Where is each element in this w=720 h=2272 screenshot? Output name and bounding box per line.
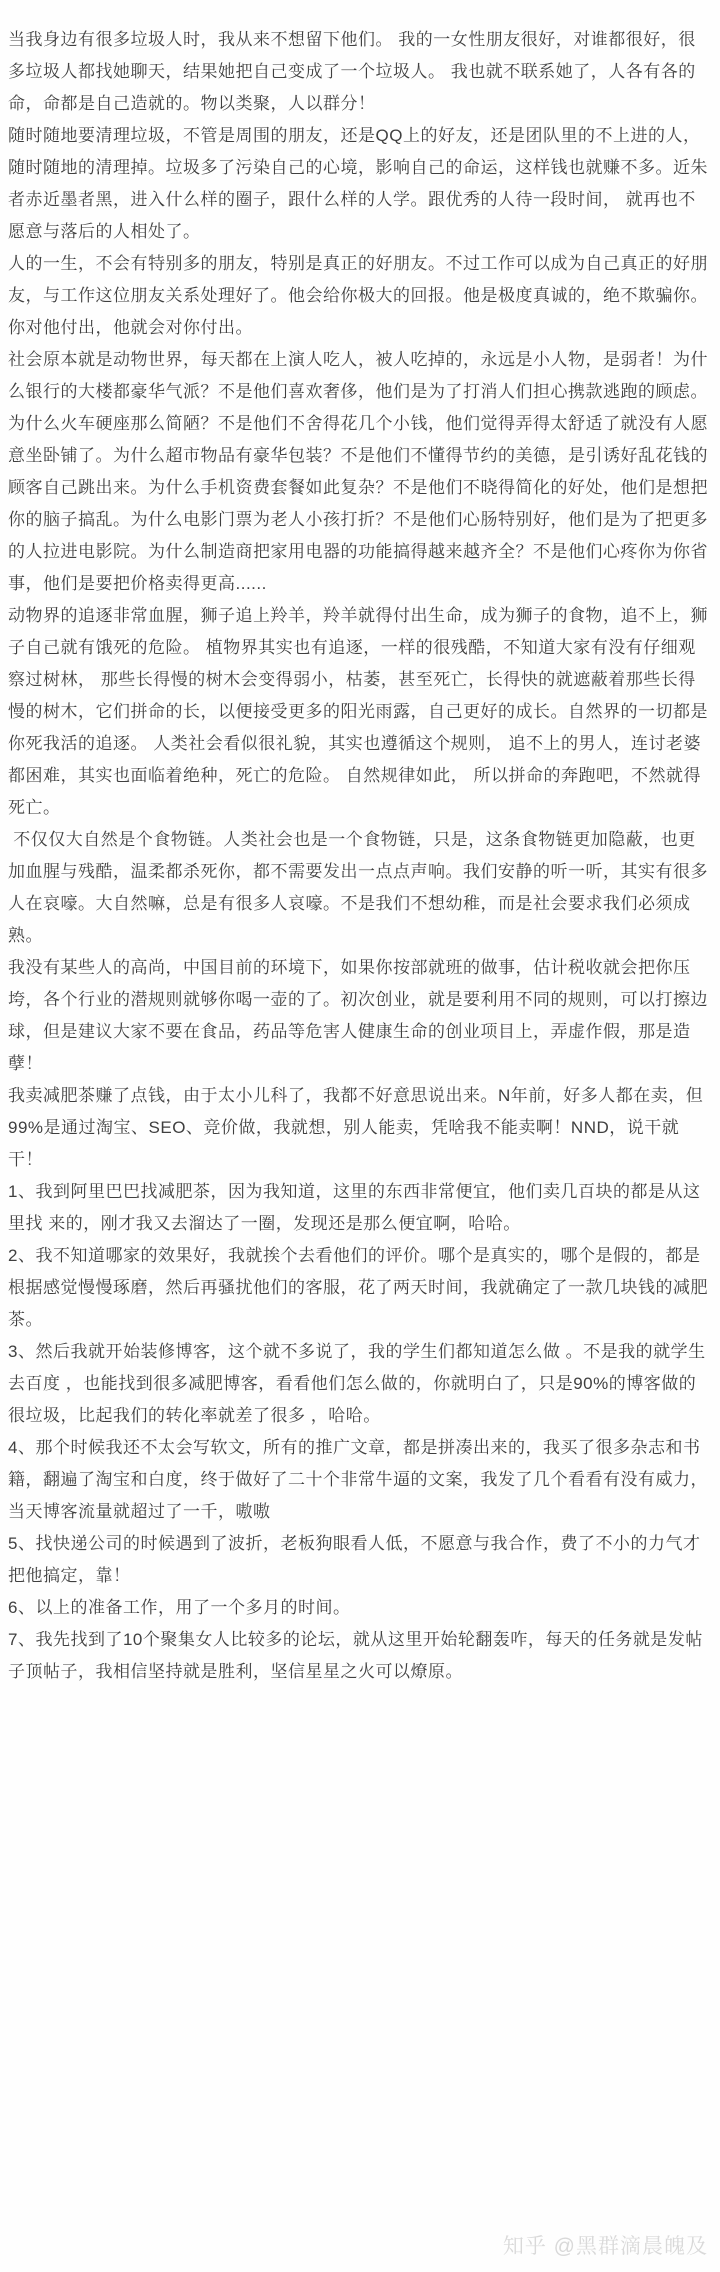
paragraph-clean-up-garbage: 随时随地要清理垃圾，不管是周围的朋友，还是QQ上的好友，还是团队里的不上进的人，… — [8, 120, 712, 248]
article-body: 当我身边有很多垃圾人时，我从来不想留下他们。 我的一女性朋友很好，对谁都很好，很… — [0, 0, 720, 1688]
step-1-alibaba-sourcing: 1、我到阿里巴巴找减肥茶，因为我知道，这里的东西非常便宜，他们卖几百块的都是从这… — [8, 1176, 712, 1240]
article-page: 当我身边有很多垃圾人时，我从来不想留下他们。 我的一女性朋友很好，对谁都很好，很… — [0, 0, 720, 2272]
paragraph-chase-in-nature: 动物界的追逐非常血腥，狮子追上羚羊，羚羊就得付出生命，成为狮子的食物，追不上，狮… — [8, 600, 712, 824]
paragraph-food-chain: 不仅仅大自然是个食物链。人类社会也是一个食物链，只是，这条食物链更加隐蔽，也更加… — [8, 824, 712, 952]
step-3-decorate-blog: 3、然后我就开始装修博客，这个就不多说了，我的学生们都知道怎么做 。不是我的就学… — [8, 1336, 712, 1432]
zhihu-watermark: 知乎 @黑群滴晨魄及 — [503, 2230, 708, 2260]
step-4-copywriting: 4、那个时候我还不太会写软文，所有的推广文章，都是拼凑出来的，我买了很多杂志和书… — [8, 1432, 712, 1528]
paragraph-garbage-people: 当我身边有很多垃圾人时，我从来不想留下他们。 我的一女性朋友很好，对谁都很好，很… — [8, 24, 712, 120]
paragraph-startup-rules: 我没有某些人的高尚，中国目前的环境下，如果你按部就班的做事，估计税收就会把你压垮… — [8, 952, 712, 1080]
step-5-courier-company: 5、找快递公司的时候遇到了波折，老板狗眼看人低，不愿意与我合作，费了不小的力气才… — [8, 1528, 712, 1592]
step-6-preparation-time: 6、以上的准备工作，用了一个多月的时间。 — [8, 1592, 712, 1624]
paragraph-animal-world: 社会原本就是动物世界，每天都在上演人吃人，被人吃掉的，永远是小人物，是弱者！为什… — [8, 344, 712, 600]
paragraph-work-as-friend: 人的一生，不会有特别多的朋友，特别是真正的好朋友。不过工作可以成为自己真正的好朋… — [8, 248, 712, 344]
paragraph-diet-tea-intro: 我卖减肥茶赚了点钱，由于太小儿科了，我都不好意思说出来。N年前，好多人都在卖，但… — [8, 1080, 712, 1176]
step-2-check-reviews: 2、我不知道哪家的效果好，我就挨个去看他们的评价。哪个是真实的，哪个是假的，都是… — [8, 1240, 712, 1336]
step-7-forum-posting: 7、我先找到了10个聚集女人比较多的论坛，就从这里开始轮翻轰咋，每天的任务就是发… — [8, 1624, 712, 1688]
